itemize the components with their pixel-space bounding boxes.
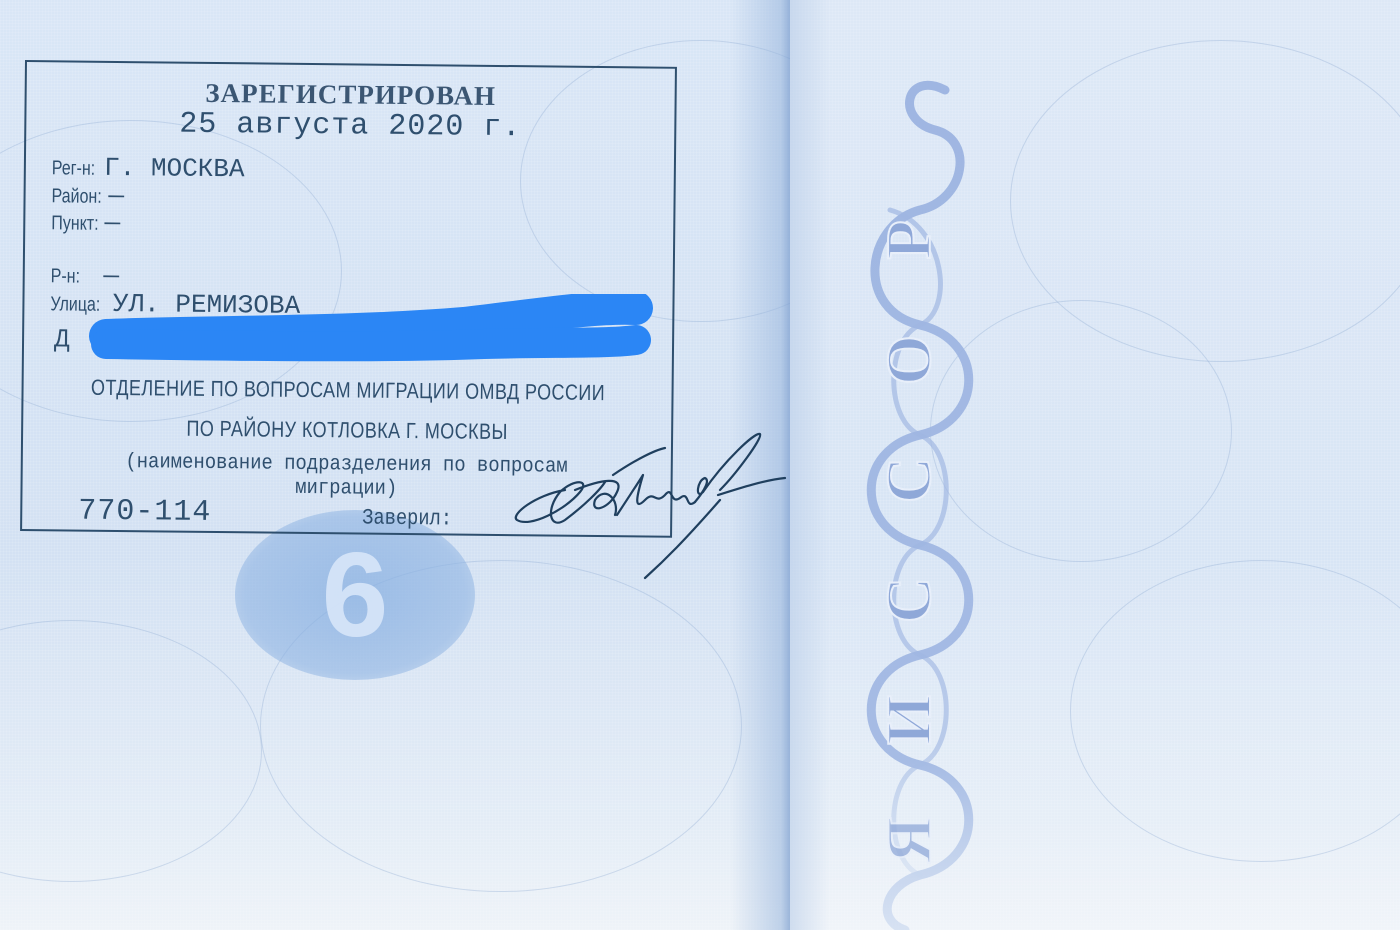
- field-label: Район:: [51, 185, 101, 209]
- caption-text: (наименование подразделения по вопросам: [125, 451, 568, 479]
- guilloche-pattern: [1070, 560, 1400, 862]
- russia-ornament-strip: Р О С С И Я: [845, 60, 995, 930]
- field-label: Пункт:: [51, 212, 99, 235]
- field-value: —: [104, 208, 120, 238]
- field-label: Рег-н:: [52, 157, 96, 180]
- field-house: Д: [50, 324, 70, 354]
- page-number-left: 6: [235, 510, 475, 680]
- officer-signature: [505, 420, 795, 580]
- ornament-letter: И: [873, 695, 944, 745]
- ornament-letter: С: [873, 577, 944, 623]
- issuing-authority-line1: ОТДЕЛЕНИЕ ПО ВОПРОСАМ МИГРАЦИИ ОМВД РОСС…: [23, 374, 671, 408]
- field-value: —: [103, 261, 119, 291]
- ornament-letter: О: [873, 335, 944, 385]
- ornament-letter: Р: [873, 220, 944, 259]
- ornament-letter: Я: [873, 817, 944, 863]
- authority-text: ОТДЕЛЕНИЕ ПО ВОПРОСАМ МИГРАЦИИ ОМВД РОСС…: [90, 375, 604, 406]
- field-settlement: Пункт: —: [51, 207, 120, 238]
- certified-by-label: Заверил:: [362, 506, 468, 532]
- field-area: Р-н: —: [51, 260, 120, 291]
- field-region: Рег-н: Г. МОСКВА: [52, 152, 245, 184]
- field-label: Р-н:: [51, 265, 81, 288]
- certified-text: Заверил:: [362, 506, 452, 532]
- redaction-mark: [84, 294, 654, 362]
- field-value: —: [108, 181, 124, 211]
- ornament-letter: С: [873, 457, 944, 503]
- guilloche-pattern: [0, 620, 262, 882]
- registration-date: 25 августа 2020 г.: [26, 106, 674, 147]
- field-value: Г. МОСКВА: [104, 153, 245, 184]
- field-label: Д: [54, 324, 70, 354]
- authority-text: ПО РАЙОНУ КОТЛОВКА Г. МОСКВЫ: [186, 416, 508, 445]
- unit-code: 770-114: [78, 495, 211, 530]
- caption-text: миграции): [295, 477, 397, 501]
